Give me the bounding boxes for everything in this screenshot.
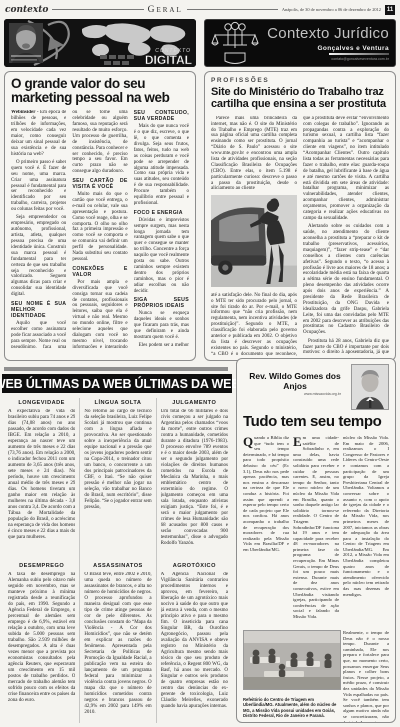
column-2: Em uma cidade-satélite de Sobradinho e, … [293, 435, 339, 627]
page-number-box: 11 [385, 5, 395, 15]
column-bottom: Refeitório do Centro de Triagem em Uberl… [243, 630, 389, 723]
presenter-photo [9, 23, 43, 63]
refectory-figure: Refeitório do Centro de Triagem em Uberl… [243, 630, 339, 723]
column-2: ou se torne uma celebridade ou alguém fa… [72, 110, 127, 348]
juridico-subtitle: Gonçalves e Ventura [317, 45, 389, 52]
newspaper-page: contexto Geral Anápolis, de 30 de novemb… [0, 0, 400, 727]
subheading: SEU NOME É SUA MELHOR IDENTIDADE [11, 301, 66, 319]
juridico-divider [329, 53, 389, 56]
paragraph: ou se torne uma celebridade ou alguém fa… [72, 110, 127, 175]
news-heading: JULGAMENTO [161, 400, 228, 406]
subheading: SEU CARTÃO DE VISITA É VOCÊ [72, 178, 127, 190]
lead-label: Webinsider [11, 110, 35, 115]
paragraph: Em uma cidade-satélite de Sobradinho e, … [293, 435, 339, 620]
column-1: Webinsider - Em época de bilhões de pess… [11, 110, 66, 348]
photo-caption: Refeitório do Centro de Triagem em Uberl… [243, 697, 339, 719]
column-headline: Tudo tem seu tempo [243, 413, 389, 430]
paragraph: Dúvidas e imprevistos sempre surgem, mas… [134, 218, 189, 295]
web-news-column-3: JULGAMENTO Um total de 66 militares e do… [156, 398, 232, 723]
paragraph-text: - Em época de bilhões de pessoas, e tril… [11, 110, 66, 156]
contexto-juridico-banner: Contexto Jurídico Gonçalves e Ventura co… [204, 19, 396, 67]
article-headline: O grande valor do seu marketing pessoal … [11, 77, 189, 105]
paragraph: Por mais ampla e diversificada que você … [72, 280, 127, 349]
article-headline: Site do Ministério do Trabalho traz cart… [211, 87, 389, 111]
paragraph: Webinsider - Em época de bilhões de pess… [11, 110, 66, 157]
news-text: O Brasil teve, entre 2002 e 2010, uma qu… [84, 572, 151, 720]
article-columns: Webinsider - Em época de bilhões de pess… [11, 110, 189, 348]
paragraph: Mais do que nunca você é o que diz, escr… [134, 124, 189, 206]
subheading: SEU CONTEÚDO, SUA VERDADE [134, 110, 189, 122]
article-cartilha-mte: PROFISSÕES Site do Ministério do Trabalh… [204, 71, 396, 361]
article-marketing-pessoal: O grande valor do seu marketing pessoal … [4, 71, 196, 361]
news-text: A taxa de desemprego na Alemanha subiu p… [8, 572, 75, 720]
paragraph: Prostituta há 28 anos, Gabriela diz que … [303, 339, 389, 356]
prostitution-illustration [211, 195, 297, 290]
news-heading: LÍNGUA SOLTA [84, 400, 151, 406]
web-ultimas-band: WEB ÚLTIMAS DA WEB ÚLTIMAS DA WEB [2, 374, 232, 393]
dateline: Anápolis, de 30 de novembro a 06 de deze… [282, 7, 381, 12]
justice-scales-icon [209, 21, 261, 65]
author-block: Rev. Wildo Gomes dos Anjos www.missaovid… [243, 364, 347, 396]
paragraph: O primeiro passo é saber quem você é. É … [11, 160, 66, 213]
author-portrait-photo [351, 364, 389, 410]
paragraph: Eles podem ser a melhor referência nas h… [134, 343, 189, 348]
svg-text:DIGITAL: DIGITAL [145, 53, 192, 67]
subheading: FOCO E ENERGIA [134, 210, 189, 216]
subheading: SIGA SEUS PRÓPRIOS IDEAIS [134, 297, 189, 309]
news-text: A Agência Nacional de Vigilância Sanitár… [161, 572, 228, 720]
column-2: que a prostituta deve evitar “envolvimen… [303, 116, 389, 356]
refectory-photo [243, 630, 341, 690]
masthead: contexto Geral Anápolis, de 30 de novemb… [5, 3, 395, 16]
subheading: CONEXÕES E VALOR [72, 266, 127, 278]
author-name: Rev. Wildo Gomes dos Anjos [243, 371, 347, 391]
gray-divider-bar [4, 367, 228, 371]
news-heading: AGROTÓXICO [161, 563, 228, 569]
news-heading: DESEMPREGO [8, 563, 75, 569]
contexto-digital-banner: CONTEXTO DIGITAL [4, 19, 196, 67]
paragraph: Seja empreendedor ou empresário, emprega… [11, 215, 66, 297]
column-3: núcleo da Missão Vida. Em maio de 2006, … [343, 435, 389, 627]
web-news-column-2: LÍNGUA SOLTA No retorno ao cargo de técn… [79, 398, 155, 723]
section-kicker: PROFISSÕES [211, 77, 389, 84]
news-text: Um total de 66 militares e dois civis co… [161, 409, 228, 561]
author-url: www.missaovida.org.br [243, 392, 347, 396]
juridico-banner-text: Contexto Jurídico Gonçalves e Ventura co… [261, 25, 389, 62]
paragraph: Parece mais uma brincadeira da internet,… [211, 116, 297, 193]
article-columns: Parece mais uma brincadeira da internet,… [211, 116, 389, 356]
news-text: No retorno ao cargo de técnico da seleçã… [84, 409, 151, 561]
column-text: Quando a Bíblia diz que “tudo tem o seu … [243, 435, 389, 627]
paragraph: Aquilo que você escolher como assinatura… [11, 321, 66, 348]
news-heading: ASSASSINATOS [84, 563, 151, 569]
column-3: SEU CONTEÚDO, SUA VERDADE Mais do que nu… [134, 110, 189, 348]
web-news-column-1: LONGEVIDADE A expectativa de vida do bra… [4, 398, 79, 723]
column-1: Parece mais uma brincadeira da internet,… [211, 116, 297, 356]
column-1: Quando a Bíblia diz que “tudo tem o seu … [243, 435, 289, 627]
paragraph: até a satisfação dele. No final do dia, … [211, 293, 297, 356]
digital-banner-image: CONTEXTO DIGITAL [4, 19, 196, 67]
paragraph: Alertando sobre os cuidados com a saúde,… [303, 224, 389, 336]
masthead-rule-left [52, 9, 143, 10]
paper-logo: contexto [5, 5, 48, 15]
section-title: Geral [148, 5, 183, 15]
opinion-column-box: Rev. Wildo Gomes dos Anjos www.missaovid… [236, 358, 396, 723]
column-header: Rev. Wildo Gomes dos Anjos www.missaovid… [243, 364, 389, 410]
juridico-title: Contexto Jurídico [267, 25, 389, 42]
news-text: A expectativa de vida do brasileiro subi… [8, 409, 75, 561]
news-heading: LONGEVIDADE [8, 400, 75, 406]
masthead-rule-right [187, 9, 278, 10]
paragraph: Quando a Bíblia diz que “tudo tem o seu … [243, 435, 289, 552]
paragraph: núcleo da Missão Vida. Em maio de 2006, … [343, 435, 389, 597]
web-news-section: LONGEVIDADE A expectativa de vida do bra… [4, 398, 232, 723]
paragraph: que a prostituta deve evitar “envolvimen… [303, 116, 389, 222]
column-ending-text: Realmente, o tempo de Deus não é o nosso… [343, 630, 389, 723]
juridico-contact: contato@goncalveseventura.com.br [331, 57, 389, 61]
paragraph: Muito mais do que o cartão que você entr… [72, 192, 127, 263]
paragraph: Nunca se esqueça daqueles ideais e sonho… [134, 311, 189, 340]
